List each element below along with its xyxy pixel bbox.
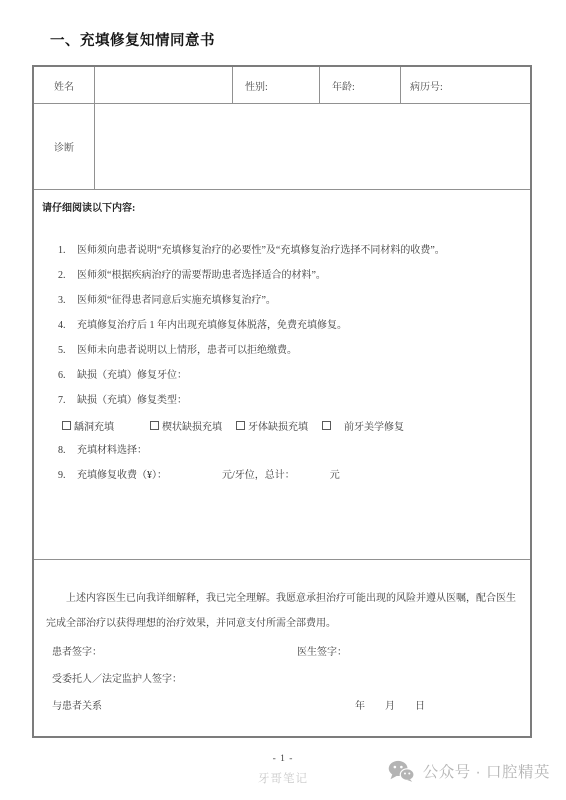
diagnosis-row: 诊断 (34, 104, 530, 190)
item-number: 9. (58, 463, 71, 488)
checkbox-label: 牙体缺损充填 (248, 418, 308, 433)
item-text: 医师须“根据疾病治疗的需要帮助患者选择适合的材料”。 (77, 263, 326, 288)
item-text: 医师须“征得患者同意后实施充填修复治疗”。 (77, 288, 276, 313)
consent-paragraph: 上述内容医生已向我详细解释，我已完全理解。我愿意承担治疗可能出现的风险并遵从医嘱… (44, 586, 520, 636)
patient-signature-label: 患者签字： (52, 642, 297, 663)
list-item: 2.医师须“根据疾病治疗的需要帮助患者选择适合的材料”。 (42, 263, 522, 288)
list-item: 9.充填修复收费（¥）： 元/牙位，总计： 元 (42, 463, 522, 488)
item-number: 6. (58, 363, 71, 388)
checkbox-icon[interactable] (236, 421, 245, 430)
guardian-signature-label: 受委托人／法定监护人签字： (52, 669, 182, 690)
wechat-footer: 公众号 · 口腔精英 (388, 760, 550, 782)
relation-label: 与患者关系 (52, 696, 102, 717)
item-number: 5. (58, 338, 71, 363)
list-item: 7.缺损（充填）修复类型： (42, 388, 522, 413)
item-text: 充填材料选择： (77, 438, 147, 463)
gender-label: 性别: (233, 67, 320, 103)
notice-section: 请仔细阅读以下内容: 1.医师须向患者说明“充填修复治疗的必要性”及“充填修复治… (34, 190, 530, 560)
item-number: 1. (58, 238, 71, 263)
repair-type-checkbox-row: 龋洞充填楔状缺损充填牙体缺损充填 前牙美学修复 (42, 413, 522, 438)
item-number: 4. (58, 313, 71, 338)
checkbox-label: 前牙美学修复 (334, 418, 404, 433)
read-notice-heading: 请仔细阅读以下内容: (42, 202, 522, 216)
notice-items-list: 1.医师须向患者说明“充填修复治疗的必要性”及“充填修复治疗选择不同材料的收费”… (42, 238, 522, 488)
item-number: 3. (58, 288, 71, 313)
item-text: 缺损（充填）修复类型： (77, 388, 187, 413)
item-text: 充填修复治疗后 1 年内出现充填修复体脱落，免费充填修复。 (77, 313, 347, 338)
item-text: 医师须向患者说明“充填修复治疗的必要性”及“充填修复治疗选择不同材料的收费”。 (77, 238, 445, 263)
checkbox-option: 楔状缺损充填 (150, 418, 222, 433)
date-label: 年 月 日 (355, 696, 425, 717)
list-item: 4.充填修复治疗后 1 年内出现充填修复体脱落，免费充填修复。 (42, 313, 522, 338)
diagnosis-value-cell (95, 104, 530, 189)
patient-header-row: 姓名 性别: 年龄: 病历号: (34, 67, 530, 104)
item-number: 8. (58, 438, 71, 463)
list-item: 8.充填材料选择： (42, 438, 522, 463)
checkbox-option: 牙体缺损充填 (236, 418, 308, 433)
list-item: 1.医师须向患者说明“充填修复治疗的必要性”及“充填修复治疗选择不同材料的收费”… (42, 238, 522, 263)
checkbox-icon[interactable] (322, 421, 331, 430)
patient-info-table: 姓名 性别: 年龄: 病历号: 诊断 请仔细阅读以下内容: 1.医师须向患者说明… (32, 65, 532, 738)
diagnosis-label: 诊断 (34, 104, 95, 189)
wechat-icon (388, 760, 414, 782)
list-item: 5.医师未向患者说明以上情形，患者可以拒绝缴费。 (42, 338, 522, 363)
checkbox-option: 前牙美学修复 (322, 418, 404, 433)
item-text: 充填修复收费（¥）： 元/牙位，总计： 元 (77, 463, 340, 488)
checkbox-option: 龋洞充填 (62, 418, 114, 433)
item-number: 2. (58, 263, 71, 288)
item-number: 7. (58, 388, 71, 413)
item-text: 缺损（充填）修复牙位： (77, 363, 187, 388)
item-text: 医师未向患者说明以上情形，患者可以拒绝缴费。 (77, 338, 297, 363)
signature-row: 患者签字： 医生签字： (44, 642, 520, 663)
age-label: 年龄: (320, 67, 401, 103)
checkbox-icon[interactable] (62, 421, 71, 430)
checkbox-icon[interactable] (150, 421, 159, 430)
consent-section: 上述内容医生已向我详细解释，我已完全理解。我愿意承担治疗可能出现的风险并遵从医嘱… (34, 560, 530, 736)
doctor-signature-label: 医生签字： (297, 642, 347, 663)
checkbox-label: 龋洞充填 (74, 418, 114, 433)
name-label: 姓名 (34, 67, 95, 103)
list-item: 3.医师须“征得患者同意后实施充填修复治疗”。 (42, 288, 522, 313)
relation-date-row: 与患者关系 年 月 日 (44, 696, 520, 717)
footer-brand-text: 公众号 · 口腔精英 (423, 760, 550, 782)
document-title: 一、充填修复知情同意书 (50, 29, 215, 50)
record-number-label: 病历号: (401, 67, 530, 103)
list-item: 6.缺损（充填）修复牙位： (42, 363, 522, 388)
name-value-cell (95, 67, 233, 103)
guardian-signature-row: 受委托人／法定监护人签字： (44, 669, 520, 690)
checkbox-label: 楔状缺损充填 (162, 418, 222, 433)
